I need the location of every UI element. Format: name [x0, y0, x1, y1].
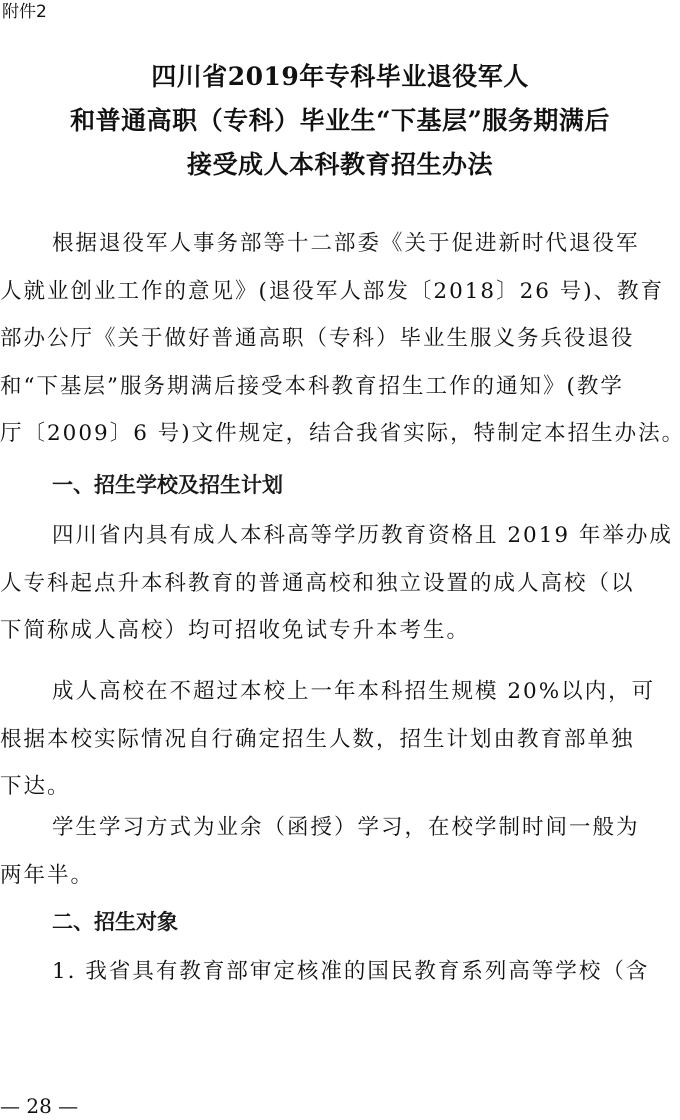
text-line: 成人高校在不超过本校上一年本科招生规模 20%以内，可 [0, 668, 680, 716]
text-line: 人就业创业工作的意见》(退役军人部发〔2018〕26 号)、教育 [0, 268, 680, 316]
text-line: 和“下基层”服务期满后接受本科教育招生工作的通知》(教学 [0, 363, 680, 411]
text-line: 下简称成人高校）均可招收免试专升本考生。 [0, 607, 680, 655]
attachment-label: 附件2 [2, 0, 47, 24]
text-line: 人专科起点升本科教育的普通高校和独立设置的成人高校（以 [0, 560, 680, 608]
title-line: 接受成人本科教育招生办法 [0, 143, 680, 187]
document-title: 四川省2019年专科毕业退役军人 和普通高职（专科）毕业生“下基层”服务期满后 … [0, 55, 680, 187]
text-line: 厅〔2009〕6 号)文件规定，结合我省实际，特制定本招生办法。 [0, 410, 680, 458]
section1-paragraph-3: 学生学习方式为业余（函授）学习，在校学制时间一般为 两年半。 [0, 804, 680, 899]
text-line: 根据退役军人事务部等十二部委《关于促进新时代退役军 [0, 220, 680, 268]
page-number: — 28 — [0, 1094, 78, 1118]
text-line: 四川省内具有成人本科高等学历教育资格且 2019 年举办成 [0, 512, 680, 560]
text-line: 根据本校实际情况自行确定招生人数，招生计划由教育部单独 [0, 716, 680, 764]
text-line: 学生学习方式为业余（函授）学习，在校学制时间一般为 [0, 804, 680, 852]
title-line: 四川省2019年专科毕业退役军人 [0, 55, 680, 99]
title-line: 和普通高职（专科）毕业生“下基层”服务期满后 [0, 99, 680, 143]
text-line: 1. 我省具有教育部审定核准的国民教育系列高等学校（含 [0, 948, 680, 996]
text-line: 部办公厅《关于做好普通高职（专科）毕业生服义务兵役退役 [0, 315, 680, 363]
section1-paragraph-2: 成人高校在不超过本校上一年本科招生规模 20%以内，可 根据本校实际情况自行确定… [0, 668, 680, 811]
intro-paragraph: 根据退役军人事务部等十二部委《关于促进新时代退役军 人就业创业工作的意见》(退役… [0, 220, 680, 458]
text-line: 两年半。 [0, 852, 680, 900]
section-heading-2: 二、招生对象 [52, 907, 178, 937]
section1-paragraph-1: 四川省内具有成人本科高等学历教育资格且 2019 年举办成 人专科起点升本科教育… [0, 512, 680, 655]
section2-paragraph-1: 1. 我省具有教育部审定核准的国民教育系列高等学校（含 [0, 948, 680, 996]
section-heading-1: 一、招生学校及招生计划 [52, 470, 283, 500]
